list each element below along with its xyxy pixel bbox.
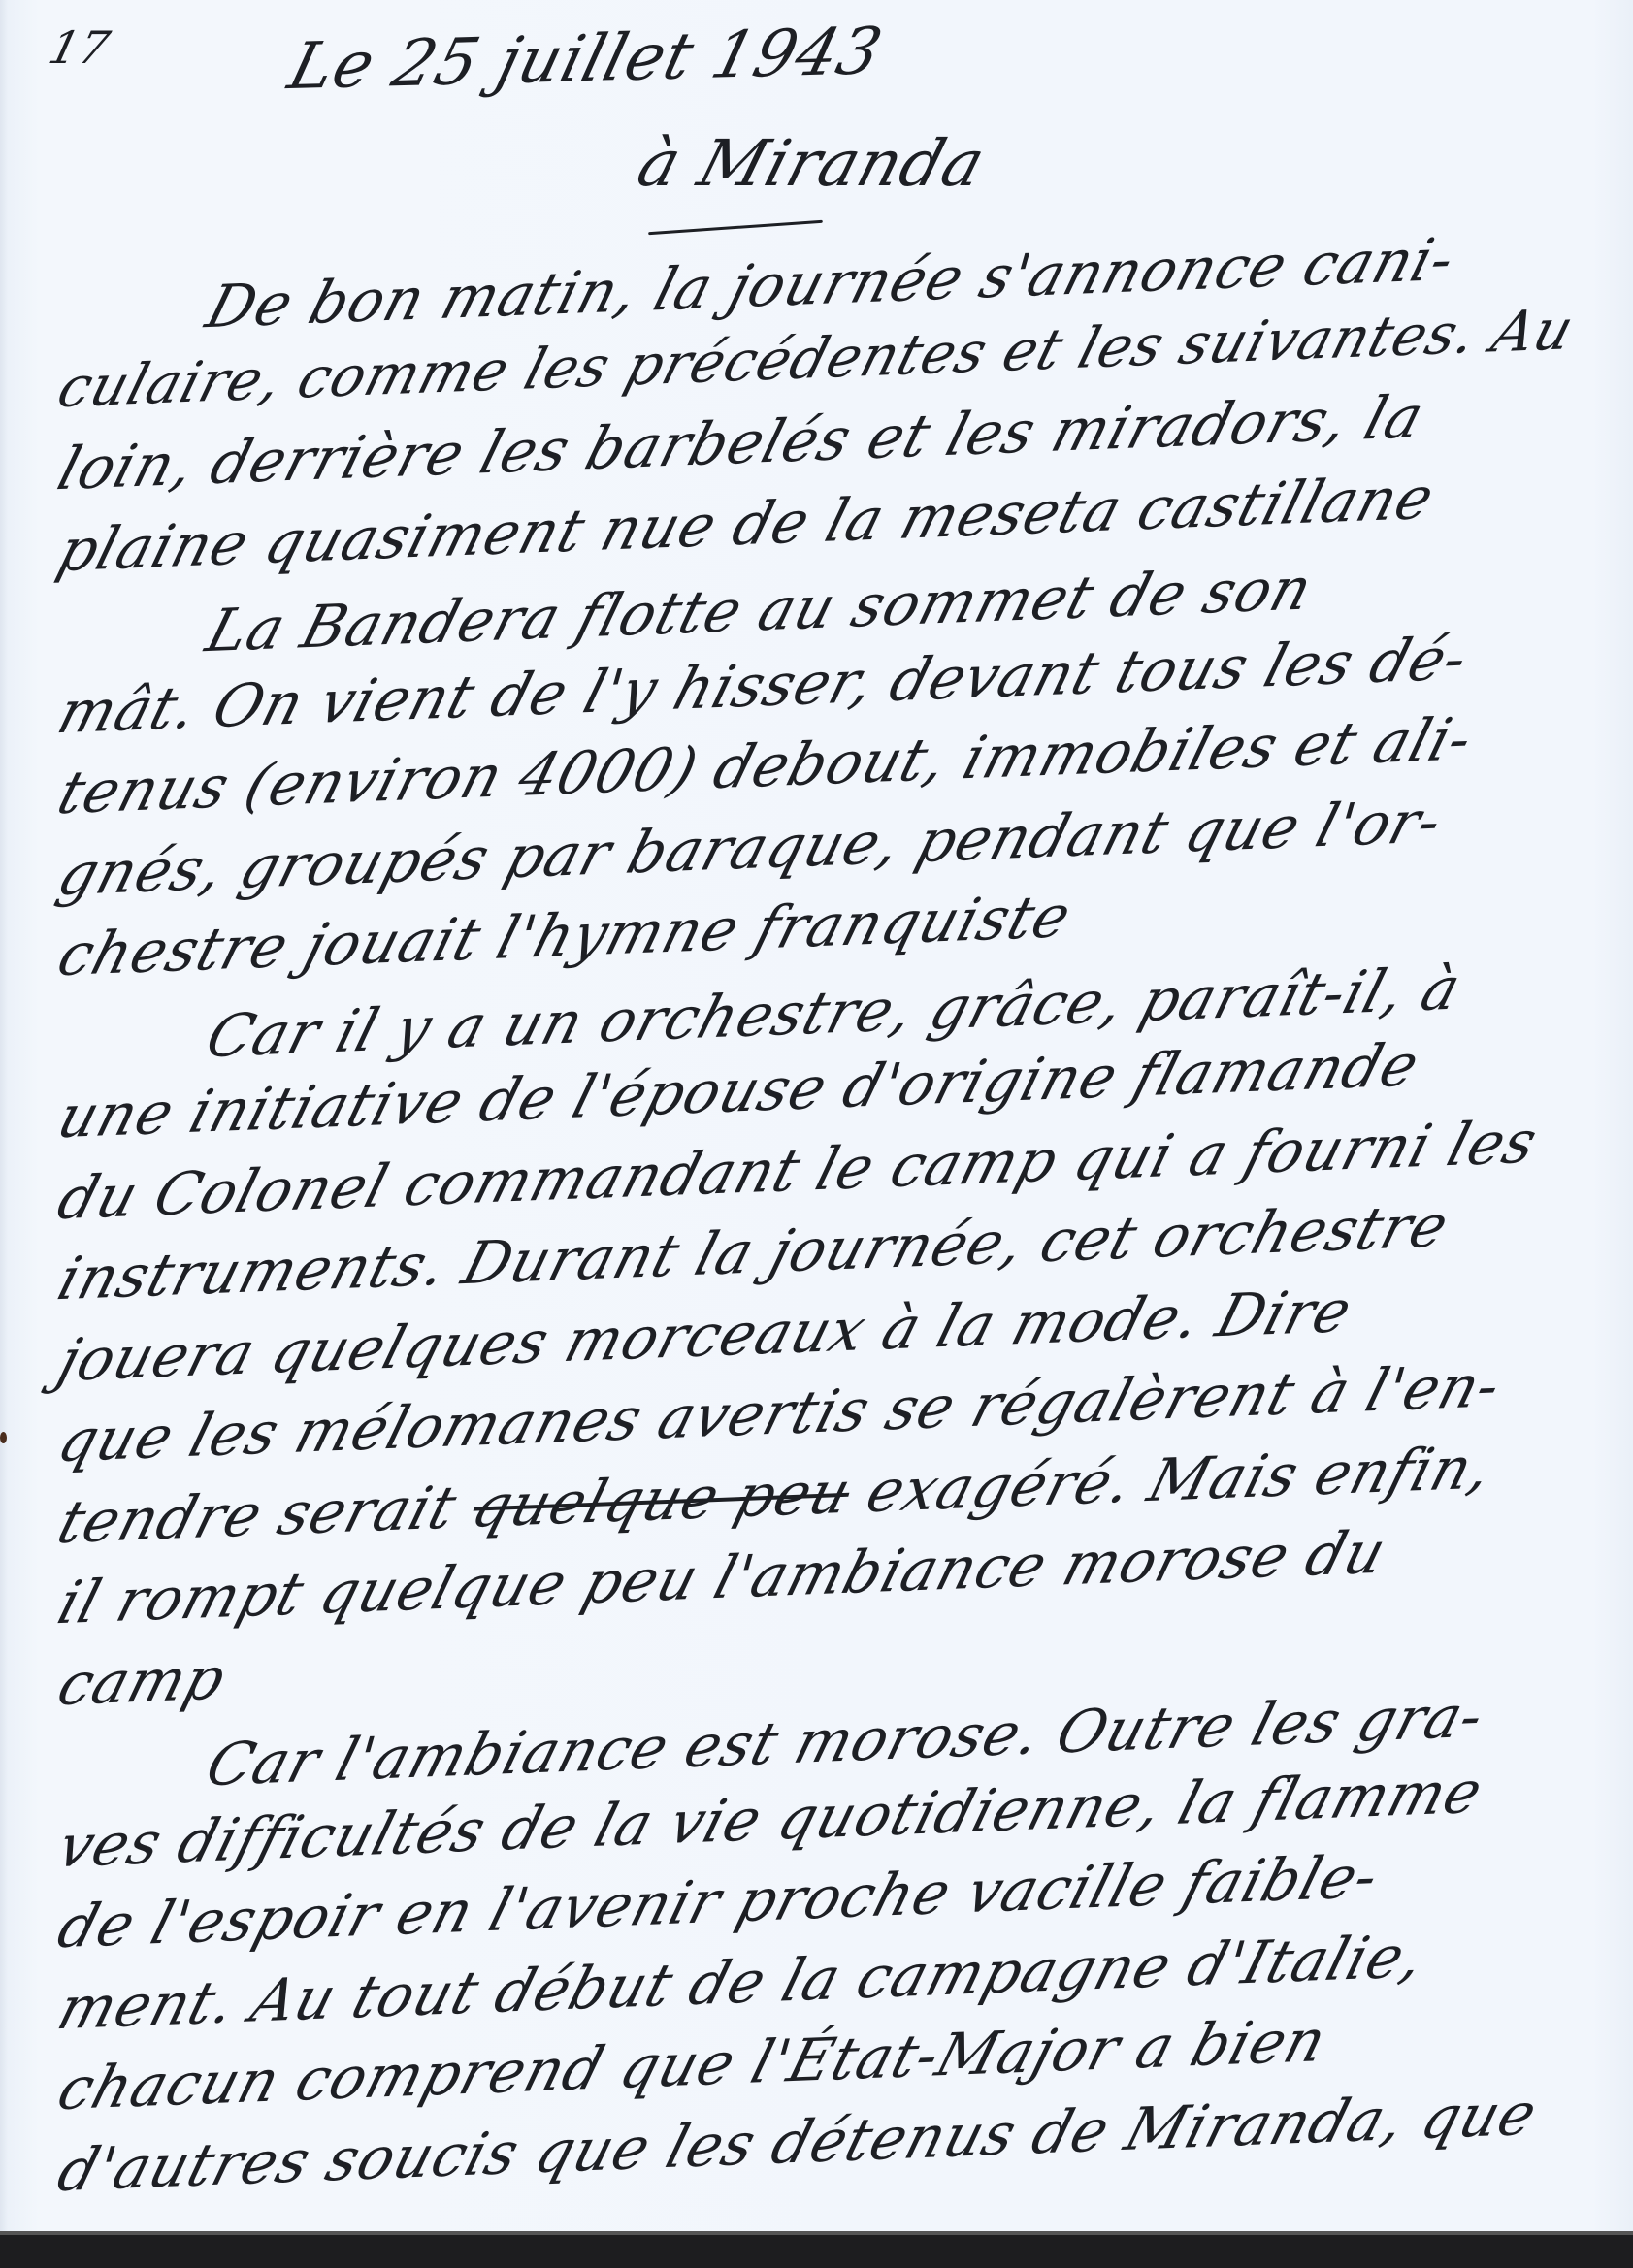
page-edge-shadow xyxy=(0,0,8,2231)
manuscript-line: camp xyxy=(50,1644,234,1719)
manuscript-page: 17 Le 25 juillet 1943 à Miranda De bon m… xyxy=(0,0,1633,2231)
place-underline xyxy=(648,220,823,236)
struck-through-text: quelque peu xyxy=(465,1458,860,1541)
ink-spot xyxy=(0,1432,7,1443)
entry-date: Le 25 juillet 1943 xyxy=(281,14,891,104)
scan-bottom-edge xyxy=(0,2231,1633,2268)
page-number: 17 xyxy=(44,21,115,74)
entry-place: à Miranda xyxy=(630,126,994,201)
